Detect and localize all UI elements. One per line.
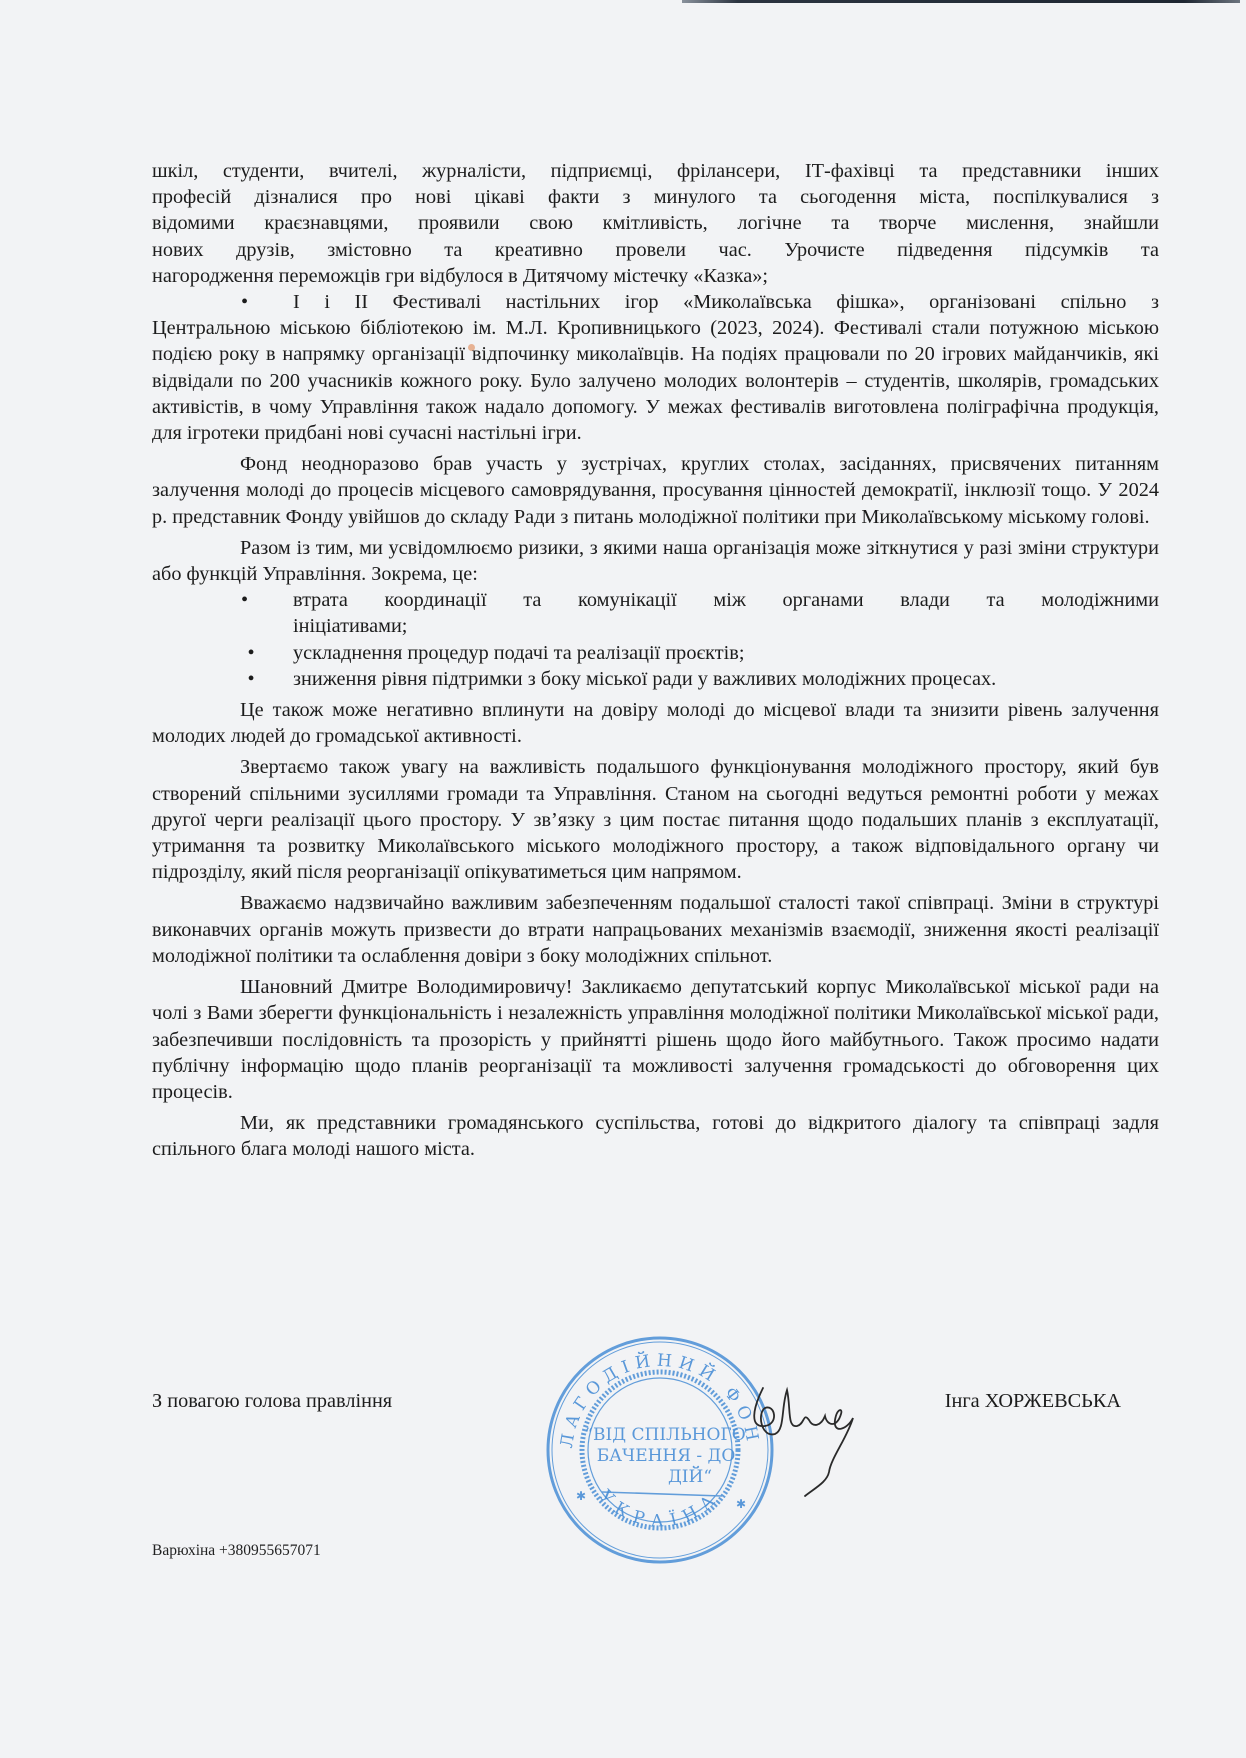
bullet-icon: • <box>241 587 261 613</box>
paragraph-appeal: Шановний Дмитре Володимировичу! Закликає… <box>152 974 1159 1105</box>
handwritten-signature <box>735 1368 875 1498</box>
bullet-icon: • <box>241 640 261 666</box>
festival-bullet-text: Центральною міською бібліотекою ім. М.Л.… <box>152 315 1159 446</box>
festival-bullet-first-line: І і ІІ Фестивалі настільних ігор «Микола… <box>293 291 1159 313</box>
intro-line-1: шкіл, студенти, вчителі, журналісти, під… <box>152 158 1159 184</box>
risk-item-2: • ускладнення процедур подачі та реаліза… <box>152 640 1159 666</box>
svg-text:✱: ✱ <box>576 1489 586 1503</box>
bullet-icon: • <box>241 289 261 315</box>
risk-item-1: • втрата координації та комунікації між … <box>152 587 1159 613</box>
intro-line-4: нових друзів, змістовно та креативно про… <box>152 237 1159 263</box>
svg-text:УКРАЇНА: УКРАЇНА <box>595 1486 724 1531</box>
closing-title: З повагою голова правління <box>152 1390 392 1413</box>
intro-line-5: нагородження переможців гри відбулося в … <box>152 263 1159 289</box>
risk-item-3: • зниження рівня підтримки з боку місько… <box>152 666 1159 692</box>
contact-phone: Варюхіна +380955657071 <box>152 1542 321 1560</box>
risk-item-1-continuation: ініціативами; <box>152 613 1159 639</box>
paragraph-sustainability: Вважаємо надзвичайно важливим забезпечен… <box>152 890 1159 969</box>
paragraph-risks-intro: Разом із тим, ми усвідомлюємо ризики, з … <box>152 535 1159 587</box>
intro-line-3: відомими краєзнавцями, проявили свою кмі… <box>152 210 1159 236</box>
paragraph-trust: Це також може негативно вплинути на дові… <box>152 697 1159 749</box>
signatory-name: Інга ХОРЖЕВСЬКА <box>945 1390 1121 1413</box>
risk-item-3-text: зниження рівня підтримки з боку міської … <box>293 668 996 690</box>
svg-text:БАЧЕННЯ - ДО: БАЧЕННЯ - ДО <box>597 1446 736 1466</box>
paragraph-dialogue: Ми, як представники громадянського суспі… <box>152 1110 1159 1162</box>
festival-bullet: • І і ІІ Фестивалі настільних ігор «Мико… <box>152 289 1159 315</box>
intro-line-2: професій дізналися про нові цікаві факти… <box>152 184 1159 210</box>
bullet-icon: • <box>241 666 261 692</box>
paragraph-fund: Фонд неодноразово брав участь у зустріча… <box>152 451 1159 530</box>
svg-text:ДІЙ“: ДІЙ“ <box>668 1466 712 1487</box>
paragraph-youth-space: Звертаємо також увагу на важливість пода… <box>152 754 1159 885</box>
signature-block: З повагою голова правління Інга ХОРЖЕВСЬ… <box>152 1390 1159 1430</box>
signature-icon <box>735 1368 875 1498</box>
risk-item-1-text: втрата координації та комунікації між ор… <box>293 589 1159 611</box>
scan-edge-bar <box>682 0 1240 3</box>
letter-body: шкіл, студенти, вчителі, журналісти, під… <box>152 158 1159 1163</box>
risk-item-2-text: ускладнення процедур подачі та реалізаці… <box>293 642 744 664</box>
svg-text:✱: ✱ <box>736 1497 746 1511</box>
